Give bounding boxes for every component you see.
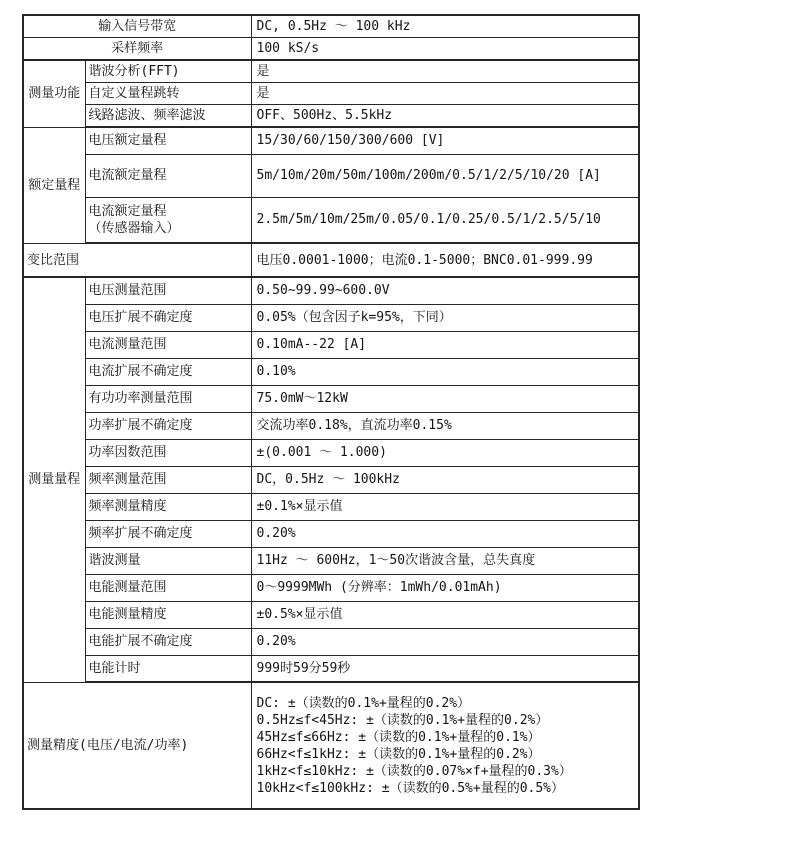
spec-sheet: { "sections": [ { "label": "输入信号带宽", "va… — [0, 0, 790, 843]
spec-value: ±0.1%×显示值 — [251, 493, 639, 520]
spec-label: 功率扩展不确定度 — [85, 412, 251, 439]
spec-label: 电能扩展不确定度 — [85, 628, 251, 655]
row-ratio-range: 变比范围 电压0.0001-1000；电流0.1-5000；BNC0.01-99… — [23, 243, 639, 277]
spec-label: 电流额定量程 （传感器输入） — [85, 197, 251, 243]
spec-label: 电压扩展不确定度 — [85, 304, 251, 331]
row-custom-range-jump: 自定义量程跳转 是 — [23, 83, 639, 105]
row-frequency-accuracy: 频率测量精度 ±0.1%×显示值 — [23, 493, 639, 520]
spec-value: 15/30/60/150/300/600 [V] — [251, 127, 639, 154]
spec-label: 谐波测量 — [85, 547, 251, 574]
spec-label: 电压测量范围 — [85, 277, 251, 304]
page-container: 输入信号带宽 DC, 0.5Hz ～ 100 kHz 采样频率 100 kS/s… — [0, 0, 790, 810]
spec-label: 电能计时 — [85, 655, 251, 682]
spec-label: 电流扩展不确定度 — [85, 358, 251, 385]
row-power-factor-range: 功率因数范围 ±(0.001 ～ 1.000) — [23, 439, 639, 466]
spec-label: 采样频率 — [23, 38, 251, 61]
row-energy-measure-range: 电能测量范围 0～9999MWh (分辨率：1mWh/0.01mAh) — [23, 574, 639, 601]
row-voltage-rated-range: 额定量程 电压额定量程 15/30/60/150/300/600 [V] — [23, 127, 639, 154]
row-frequency-measure-range: 频率测量范围 DC，0.5Hz ～ 100kHz — [23, 466, 639, 493]
group-label-measure-functions: 测量功能 — [23, 60, 85, 127]
spec-value: 75.0mW～12kW — [251, 385, 639, 412]
spec-label: 谐波分析(FFT) — [85, 60, 251, 83]
spec-value: ±0.5%×显示值 — [251, 601, 639, 628]
spec-label: 变比范围 — [23, 243, 251, 277]
spec-value: 是 — [251, 83, 639, 105]
spec-label: 线路滤波、频率滤波 — [85, 105, 251, 128]
spec-value: 11Hz ～ 600Hz，1～50次谐波含量，总失真度 — [251, 547, 639, 574]
spec-value: DC，0.5Hz ～ 100kHz — [251, 466, 639, 493]
spec-value: OFF、500Hz、5.5kHz — [251, 105, 639, 128]
spec-value: 0.10% — [251, 358, 639, 385]
spec-label: 频率测量精度 — [85, 493, 251, 520]
spec-value: 5m/10m/20m/50m/100m/200m/0.5/1/2/5/10/20… — [251, 154, 639, 197]
spec-label: 功率因数范围 — [85, 439, 251, 466]
spec-value: 0.10mA--22 [A] — [251, 331, 639, 358]
spec-label: 有功功率测量范围 — [85, 385, 251, 412]
row-input-bandwidth: 输入信号带宽 DC, 0.5Hz ～ 100 kHz — [23, 15, 639, 38]
spec-value: 0.50~99.99~600.0V — [251, 277, 639, 304]
row-current-rated-range-sensor: 电流额定量程 （传感器输入） 2.5m/5m/10m/25m/0.05/0.1/… — [23, 197, 639, 243]
row-harmonic-analysis: 测量功能 谐波分析(FFT) 是 — [23, 60, 639, 83]
row-harmonic-measure: 谐波测量 11Hz ～ 600Hz，1～50次谐波含量，总失真度 — [23, 547, 639, 574]
row-current-measure-range: 电流测量范围 0.10mA--22 [A] — [23, 331, 639, 358]
spec-value: DC, 0.5Hz ～ 100 kHz — [251, 15, 639, 38]
group-label-rated-ranges: 额定量程 — [23, 127, 85, 243]
spec-label: 电能测量精度 — [85, 601, 251, 628]
row-power-uncertainty: 功率扩展不确定度 交流功率0.18%，直流功率0.15% — [23, 412, 639, 439]
row-active-power-range: 有功功率测量范围 75.0mW～12kW — [23, 385, 639, 412]
spec-label: 频率测量范围 — [85, 466, 251, 493]
spec-label: 电流测量范围 — [85, 331, 251, 358]
row-energy-timer: 电能计时 999时59分59秒 — [23, 655, 639, 682]
spec-value: 0～9999MWh (分辨率：1mWh/0.01mAh) — [251, 574, 639, 601]
group-label-measure-ranges: 测量量程 — [23, 277, 85, 682]
row-current-rated-range: 电流额定量程 5m/10m/20m/50m/100m/200m/0.5/1/2/… — [23, 154, 639, 197]
spec-value: 100 kS/s — [251, 38, 639, 61]
spec-label: 频率扩展不确定度 — [85, 520, 251, 547]
spec-value: DC: ±（读数的0.1%+量程的0.2%） 0.5Hz≤f<45Hz: ±（读… — [251, 682, 639, 809]
row-sample-rate: 采样频率 100 kS/s — [23, 38, 639, 61]
row-voltage-uncertainty: 电压扩展不确定度 0.05%（包含因子k=95%，下同） — [23, 304, 639, 331]
row-energy-accuracy: 电能测量精度 ±0.5%×显示值 — [23, 601, 639, 628]
spec-value: 是 — [251, 60, 639, 83]
spec-value: 2.5m/5m/10m/25m/0.05/0.1/0.25/0.5/1/2.5/… — [251, 197, 639, 243]
spec-value: 电压0.0001-1000；电流0.1-5000；BNC0.01-999.99 — [251, 243, 639, 277]
spec-label: 电压额定量程 — [85, 127, 251, 154]
spec-label: 电能测量范围 — [85, 574, 251, 601]
spec-label: 自定义量程跳转 — [85, 83, 251, 105]
spec-label: 电流额定量程 — [85, 154, 251, 197]
spec-value: 0.20% — [251, 520, 639, 547]
row-voltage-measure-range: 测量量程 电压测量范围 0.50~99.99~600.0V — [23, 277, 639, 304]
spec-value: 0.20% — [251, 628, 639, 655]
row-frequency-uncertainty: 频率扩展不确定度 0.20% — [23, 520, 639, 547]
spec-label: 测量精度(电压/电流/功率) — [23, 682, 251, 809]
spec-label: 输入信号带宽 — [23, 15, 251, 38]
row-energy-uncertainty: 电能扩展不确定度 0.20% — [23, 628, 639, 655]
spec-value: 999时59分59秒 — [251, 655, 639, 682]
row-measure-accuracy: 测量精度(电压/电流/功率) DC: ±（读数的0.1%+量程的0.2%） 0.… — [23, 682, 639, 809]
row-line-filter: 线路滤波、频率滤波 OFF、500Hz、5.5kHz — [23, 105, 639, 128]
spec-value: ±(0.001 ～ 1.000) — [251, 439, 639, 466]
spec-table: 输入信号带宽 DC, 0.5Hz ～ 100 kHz 采样频率 100 kS/s… — [22, 14, 640, 810]
spec-value: 交流功率0.18%，直流功率0.15% — [251, 412, 639, 439]
row-current-uncertainty: 电流扩展不确定度 0.10% — [23, 358, 639, 385]
spec-value: 0.05%（包含因子k=95%，下同） — [251, 304, 639, 331]
